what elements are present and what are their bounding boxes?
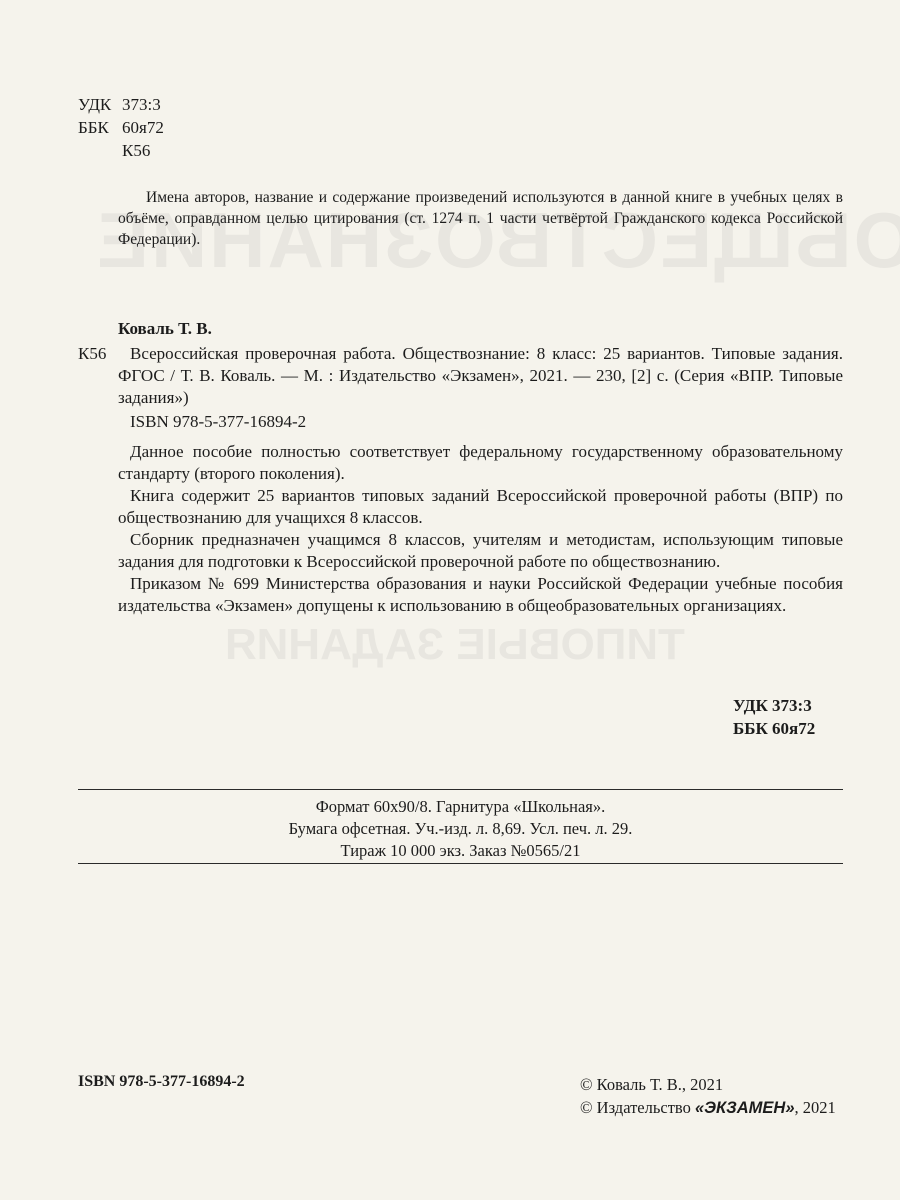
udk-value: 373:3	[122, 93, 161, 116]
divider-top	[78, 789, 843, 790]
print-run-line: Тираж 10 000 экз. Заказ №0565/21	[78, 840, 843, 862]
annotation-paragraph: Данное пособие полностью соответствует ф…	[118, 441, 843, 485]
author-mark-value: К56	[122, 139, 150, 162]
publisher-brand: «ЭКЗАМЕН»	[695, 1099, 795, 1117]
author-mark-row: К56	[78, 139, 164, 162]
copyright-block: © Коваль Т. В., 2021 © Издательство «ЭКЗ…	[580, 1073, 836, 1120]
format-line: Формат 60x90/8. Гарнитура «Школьная».	[78, 796, 843, 818]
copyright-author: © Коваль Т. В., 2021	[580, 1073, 836, 1096]
isbn-record: ISBN 978-5-377-16894-2	[130, 411, 843, 433]
author-mark-label	[78, 139, 122, 162]
copyright-notice: Имена авторов, название и содержание про…	[118, 187, 843, 250]
bibliographic-description: Всероссийская проверочная работа. Общест…	[118, 343, 843, 409]
classification-codes: УДК 373:3 ББК 60я72 К56	[78, 93, 164, 162]
author-heading: Коваль Т. В.	[118, 319, 212, 339]
bibliographic-record: К56 Всероссийская проверочная работа. Об…	[78, 343, 843, 409]
udk-row: УДК 373:3	[78, 93, 164, 116]
annotation-paragraph: Сборник предназначен учащимся 8 классов,…	[118, 529, 843, 573]
copyright-notice-text: Имена авторов, название и содержание про…	[118, 187, 843, 250]
divider-bottom	[78, 863, 843, 864]
paper-line: Бумага офсетная. Уч.-изд. л. 8,69. Усл. …	[78, 818, 843, 840]
bbk-label: ББК	[78, 116, 122, 139]
copyright-publisher-suffix: , 2021	[795, 1098, 836, 1117]
imprint-page: ОБЩЕСТВОЗНАНИЕ ТИПОВЫЕ ЗАДАНИЯ УДК 373:3…	[0, 0, 900, 1200]
bbk-row: ББК 60я72	[78, 116, 164, 139]
bbk-code: ББК 60я72	[733, 717, 815, 740]
annotation-paragraph: Книга содержит 25 вариантов типовых зада…	[118, 485, 843, 529]
annotation: ISBN 978-5-377-16894-2 Данное пособие по…	[118, 411, 843, 617]
bleed-through-subtitle: ТИПОВЫЕ ЗАДАНИЯ	[225, 620, 685, 670]
annotation-paragraph: Приказом № 699 Министерства образования …	[118, 573, 843, 617]
copyright-publisher: © Издательство «ЭКЗАМЕН», 2021	[580, 1096, 836, 1120]
udk-label: УДК	[78, 93, 122, 116]
print-specs: Формат 60x90/8. Гарнитура «Школьная». Бу…	[78, 796, 843, 862]
bbk-value: 60я72	[122, 116, 164, 139]
udk-code: УДК 373:3	[733, 694, 815, 717]
classification-block-right: УДК 373:3 ББК 60я72	[733, 694, 815, 740]
author-mark: К56	[78, 343, 106, 365]
copyright-publisher-prefix: © Издательство	[580, 1098, 695, 1117]
footer-isbn: ISBN 978-5-377-16894-2	[78, 1073, 245, 1091]
